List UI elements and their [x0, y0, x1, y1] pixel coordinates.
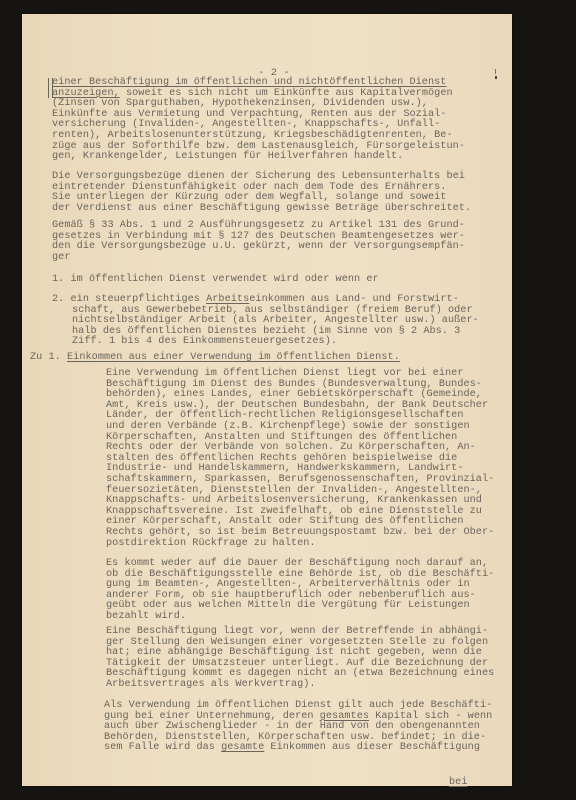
- text-line: 2. ein steuerpflichtiges Arbeitseinkomme…: [52, 295, 479, 306]
- list-item-2: 2. ein steuerpflichtiges Arbeitseinkomme…: [52, 295, 479, 348]
- line-part: sem Falle wird das: [104, 742, 221, 753]
- margin-dot: [495, 76, 497, 79]
- catchword: bei: [449, 778, 468, 789]
- section-paragraph-b: Es kommt weder auf die Dauer der Beschäf…: [106, 559, 494, 623]
- text-line: Eine Verwendung im öffentlichen Dienst l…: [106, 369, 494, 380]
- section-heading: Zu 1. Einkommen aus einer Verwendung im …: [30, 353, 400, 364]
- text-line: Es kommt weder auf die Dauer der Beschäf…: [106, 559, 494, 570]
- document-page: - 2 - einer Beschäftigung im öffentliche…: [22, 14, 512, 786]
- list-number: 2.: [52, 294, 64, 305]
- text-line: 1. im öffentlichen Dienst verwendet wird…: [52, 275, 379, 286]
- section-paragraph-d: Als Verwendung im öffentlichen Dienst gi…: [104, 701, 492, 754]
- text-line: Zu 1. Einkommen aus einer Verwendung im …: [30, 353, 400, 364]
- paragraph-versorgungsbezuege: Die Versorgungsbezüge dienen der Sicheru…: [68, 172, 471, 214]
- line-part: gung bei einer Unternehmung, deren: [104, 711, 320, 722]
- text-line: Gemäß § 33 Abs. 1 und 2 Ausführungsgeset…: [52, 221, 465, 232]
- section-paragraph-c: Eine Beschäftigung liegt vor, wenn der B…: [106, 627, 494, 691]
- text-line: Die Versorgungsbezüge dienen der Sicheru…: [52, 172, 471, 183]
- section-paragraph-a: Eine Verwendung im öffentlichen Dienst l…: [106, 369, 494, 549]
- line-rest: soweit es sich nicht um Einkünfte aus Ka…: [120, 88, 453, 99]
- list-text: ein steuerpflichtiges: [71, 294, 207, 305]
- text-line: Rechts gehört, so ist beim Betreuungspos…: [106, 528, 494, 539]
- text-line: sem Falle wird das gesamte Einkommen aus…: [104, 743, 492, 754]
- intro-paragraph: einer Beschäftigung im öffentlichen und …: [52, 78, 465, 163]
- text-line: der Verdienst aus einer Beschäftigung ge…: [52, 204, 471, 215]
- underlined-word: gesamtes: [320, 711, 369, 722]
- text-line: Arbeitsvertrages als Werkvertrag).: [106, 680, 494, 691]
- text-line: den die Versorgungsbezüge u.U. gekürzt, …: [52, 242, 465, 253]
- underlined-word: Arbeits: [206, 294, 249, 305]
- list-text: im öffentlichen Dienst verwendet wird od…: [71, 274, 379, 285]
- section-title: Einkommen aus einer Verwendung im öffent…: [67, 352, 400, 363]
- text-line: Ziff. 1 bis 4 des Einkommensteuergesetze…: [72, 337, 479, 348]
- text-line: und deren Verbände (z.B. Kirchenpflege) …: [106, 422, 494, 433]
- text-line: Eine Beschäftigung liegt vor, wenn der B…: [106, 627, 494, 638]
- text-line: gen, Krankengelder, Leistungen für Heilv…: [52, 152, 465, 163]
- list-text: einkommen aus Land- und Forstwirt-: [249, 294, 459, 305]
- text-line: postdirektion Rückfrage zu halten.: [106, 539, 494, 550]
- list-item-1: 1. im öffentlichen Dienst verwendet wird…: [52, 275, 379, 286]
- margin-mark: [495, 69, 496, 74]
- text-line: ger: [52, 253, 465, 264]
- paragraph-gemaess: Gemäß § 33 Abs. 1 und 2 Ausführungsgeset…: [52, 221, 465, 263]
- line-part: Einkommen aus dieser Beschäftigung: [264, 742, 480, 753]
- underlined-word: anzuzeigen,: [52, 88, 120, 99]
- section-prefix: Zu 1.: [30, 352, 61, 363]
- underlined-word: gesamte: [221, 742, 264, 753]
- typewritten-text: - 2 - einer Beschäftigung im öffentliche…: [22, 14, 512, 786]
- text-line: bezahlt wird.: [106, 612, 494, 623]
- line-part: Kapital sich - wenn: [369, 711, 492, 722]
- text-line: schaftskammern, Sparkassen, Berufsgenoss…: [106, 475, 494, 486]
- text-line: renten), Arbeitslosenunterstützung, Krie…: [52, 131, 465, 142]
- list-number: 1.: [52, 274, 64, 285]
